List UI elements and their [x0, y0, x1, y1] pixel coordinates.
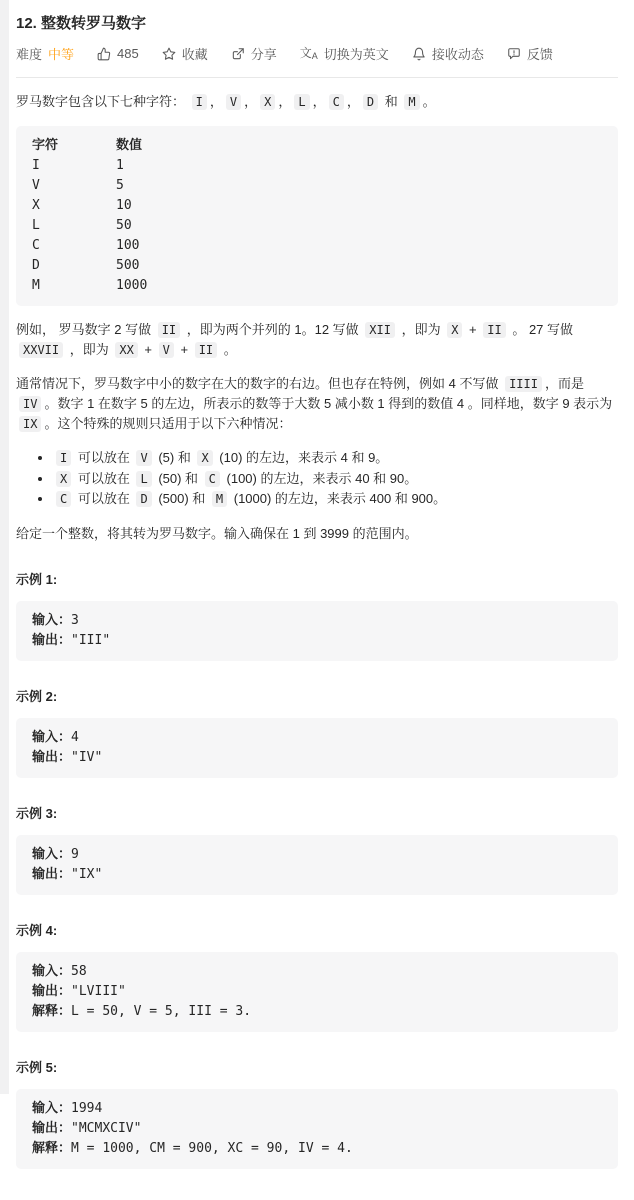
translate-icon: 文A [300, 47, 318, 61]
rule-item: C 可以放在 D (500) 和 M (1000) 的左边，来表示 400 和 … [53, 489, 618, 510]
example-line-value: L = 50, V = 5, III = 3. [71, 1004, 251, 1019]
example-line-label: 输入： [32, 613, 71, 628]
inline-code: D [363, 94, 378, 110]
page-edge-strip [0, 0, 9, 1094]
description-paragraph: 例如， 罗马数字 2 写做 II ，即为两个并列的 1。12 写做 XII ，即… [16, 320, 618, 360]
inline-code: I [192, 94, 207, 110]
toolbar-item-favorite[interactable]: 收藏 [162, 44, 208, 63]
table-row: D500 [32, 256, 602, 276]
roman-value: 10 [116, 198, 132, 213]
roman-char: M [32, 276, 116, 296]
subtraction-rules-list: I 可以放在 V (5) 和 X (10) 的左边，来表示 4 和 9。X 可以… [16, 448, 618, 510]
example-line: 输出："MCMXCIV" [32, 1119, 602, 1139]
inline-code: V [159, 342, 174, 358]
table-header-row: 字符数值 [32, 136, 602, 156]
example-line-label: 输出： [32, 1121, 71, 1136]
example-line: 输出："IV" [32, 748, 602, 768]
example-line-value: 4 [71, 730, 79, 745]
toolbar-item-label: 接收动态 [432, 44, 484, 63]
toolbar-item-feedback[interactable]: 反馈 [507, 44, 553, 63]
example-line-value: "MCMXCIV" [71, 1121, 141, 1136]
table-row: C100 [32, 236, 602, 256]
inline-code: C [205, 471, 220, 487]
example-line-label: 输入： [32, 847, 71, 862]
toolbar-item-difficulty[interactable]: 难度中等 [16, 44, 74, 63]
example-line-value: 3 [71, 613, 79, 628]
toolbar-item-subscribe[interactable]: 接收动态 [412, 44, 484, 63]
example-line-value: 58 [71, 964, 87, 979]
example-line-value: 1994 [71, 1101, 102, 1116]
example-line-value: 9 [71, 847, 79, 862]
roman-char: V [32, 176, 116, 196]
inline-code: C [56, 491, 71, 507]
rule-item: I 可以放在 V (5) 和 X (10) 的左边，来表示 4 和 9。 [53, 448, 618, 469]
roman-char: I [32, 156, 116, 176]
thumbs-up-icon [97, 47, 111, 61]
example-title: 示例 2: [16, 686, 618, 705]
example-line: 输出："III" [32, 631, 602, 651]
example-line: 输入：3 [32, 611, 602, 631]
roman-char: L [32, 216, 116, 236]
example-line-value: M = 1000, CM = 900, XC = 90, IV = 4. [71, 1141, 353, 1156]
example-line-label: 输出： [32, 984, 71, 999]
toolbar-item-share[interactable]: 分享 [231, 44, 277, 63]
example-title: 示例 3: [16, 803, 618, 822]
feedback-icon [507, 47, 521, 61]
inline-code: V [136, 450, 151, 466]
inline-code: L [294, 94, 309, 110]
toolbar-item-likes[interactable]: 485 [97, 46, 139, 61]
roman-value: 5 [116, 178, 124, 193]
example-line: 输入：9 [32, 845, 602, 865]
roman-value: 50 [116, 218, 132, 233]
example-line: 输入：4 [32, 728, 602, 748]
inline-code: M [212, 491, 227, 507]
roman-char: D [32, 256, 116, 276]
toolbar-item-label: 收藏 [182, 44, 208, 63]
example-line-value: "III" [71, 633, 110, 648]
inline-code: L [136, 471, 151, 487]
example-line-label: 输出： [32, 867, 71, 882]
toolbar-item-label: 485 [117, 46, 139, 61]
table-row: V5 [32, 176, 602, 196]
inline-code: II [158, 322, 180, 338]
share-icon [231, 47, 245, 61]
inline-code: II [195, 342, 217, 358]
toolbar-item-switch-language[interactable]: 文A切换为英文 [300, 44, 389, 63]
example-line-label: 输出： [32, 633, 71, 648]
inline-code: C [329, 94, 344, 110]
table-row: I1 [32, 156, 602, 176]
bell-icon [412, 47, 426, 61]
example-line-value: "IV" [71, 750, 102, 765]
roman-char: C [32, 236, 116, 256]
col-header-char: 字符 [32, 136, 116, 156]
example-title: 示例 4: [16, 920, 618, 939]
roman-value: 1 [116, 158, 124, 173]
problem-content: 罗马数字包含以下七种字符： I，V，X，L，C，D 和 M。字符数值I1V5X1… [16, 92, 618, 1169]
toolbar-item-label: 切换为英文 [324, 44, 389, 63]
roman-value: 1000 [116, 278, 147, 293]
example-line-label: 输出： [32, 750, 71, 765]
inline-code: V [226, 94, 241, 110]
example-code-block: 输入：3输出："III" [16, 601, 618, 661]
toolbar-item-label: 反馈 [527, 44, 553, 63]
col-header-value: 数值 [116, 138, 142, 153]
roman-value: 500 [116, 258, 139, 273]
description-paragraph: 给定一个整数，将其转为罗马数字。输入确保在 1 到 3999 的范围内。 [16, 524, 618, 544]
description-paragraph: 通常情况下，罗马数字中小的数字在大的数字的右边。但也存在特例，例如 4 不写做 … [16, 374, 618, 434]
inline-code: IIII [505, 376, 542, 392]
inline-code: XX [115, 342, 137, 358]
inline-code: I [56, 450, 71, 466]
example-line: 输入：1994 [32, 1099, 602, 1119]
example-line-label: 解释： [32, 1141, 71, 1156]
inline-code: X [197, 450, 212, 466]
description-paragraph: 罗马数字包含以下七种字符： I，V，X，L，C，D 和 M。 [16, 92, 618, 112]
roman-value: 100 [116, 238, 139, 253]
example-code-block: 输入：4输出："IV" [16, 718, 618, 778]
example-title: 示例 1: [16, 569, 618, 588]
example-line-value: "LVIII" [71, 984, 126, 999]
rule-item: X 可以放在 L (50) 和 C (100) 的左边，来表示 40 和 90。 [53, 469, 618, 490]
inline-code: II [483, 322, 505, 338]
example-line: 输入：58 [32, 962, 602, 982]
inline-code: D [136, 491, 151, 507]
inline-code: IX [19, 416, 41, 432]
inline-code: XXVII [19, 342, 63, 358]
example-code-block: 输入：58输出："LVIII"解释：L = 50, V = 5, III = 3… [16, 952, 618, 1032]
example-title: 示例 5: [16, 1057, 618, 1076]
inline-code: X [56, 471, 71, 487]
toolbar-item-label: 分享 [251, 44, 277, 63]
example-line-label: 输入： [32, 964, 71, 979]
example-line: 解释：M = 1000, CM = 900, XC = 90, IV = 4. [32, 1139, 602, 1159]
example-line: 解释：L = 50, V = 5, III = 3. [32, 1002, 602, 1022]
example-line-label: 解释： [32, 1004, 71, 1019]
problem-description-panel: 12. 整数转罗马数字 难度中等485收藏分享文A切换为英文接收动态反馈 罗马数… [9, 0, 634, 1200]
example-line-value: "IX" [71, 867, 102, 882]
example-line: 输出："LVIII" [32, 982, 602, 1002]
character-value-table: 字符数值I1V5X10L50C100D500M1000 [16, 126, 618, 306]
table-row: X10 [32, 196, 602, 216]
inline-code: XII [365, 322, 395, 338]
table-row: L50 [32, 216, 602, 236]
table-row: M1000 [32, 276, 602, 296]
star-icon [162, 47, 176, 61]
example-code-block: 输入：9输出："IX" [16, 835, 618, 895]
example-code-block: 输入：1994输出："MCMXCIV"解释：M = 1000, CM = 900… [16, 1089, 618, 1169]
inline-code: X [447, 322, 462, 338]
divider [16, 77, 618, 78]
problem-toolbar: 难度中等485收藏分享文A切换为英文接收动态反馈 [16, 44, 618, 63]
toolbar-item-label: 难度 [16, 44, 42, 63]
problem-title: 12. 整数转罗马数字 [16, 12, 618, 33]
example-line-label: 输入： [32, 1101, 71, 1116]
roman-char: X [32, 196, 116, 216]
example-line-label: 输入： [32, 730, 71, 745]
inline-code: M [404, 94, 419, 110]
difficulty-badge: 中等 [48, 44, 74, 63]
inline-code: IV [19, 396, 41, 412]
example-line: 输出："IX" [32, 865, 602, 885]
inline-code: X [260, 94, 275, 110]
